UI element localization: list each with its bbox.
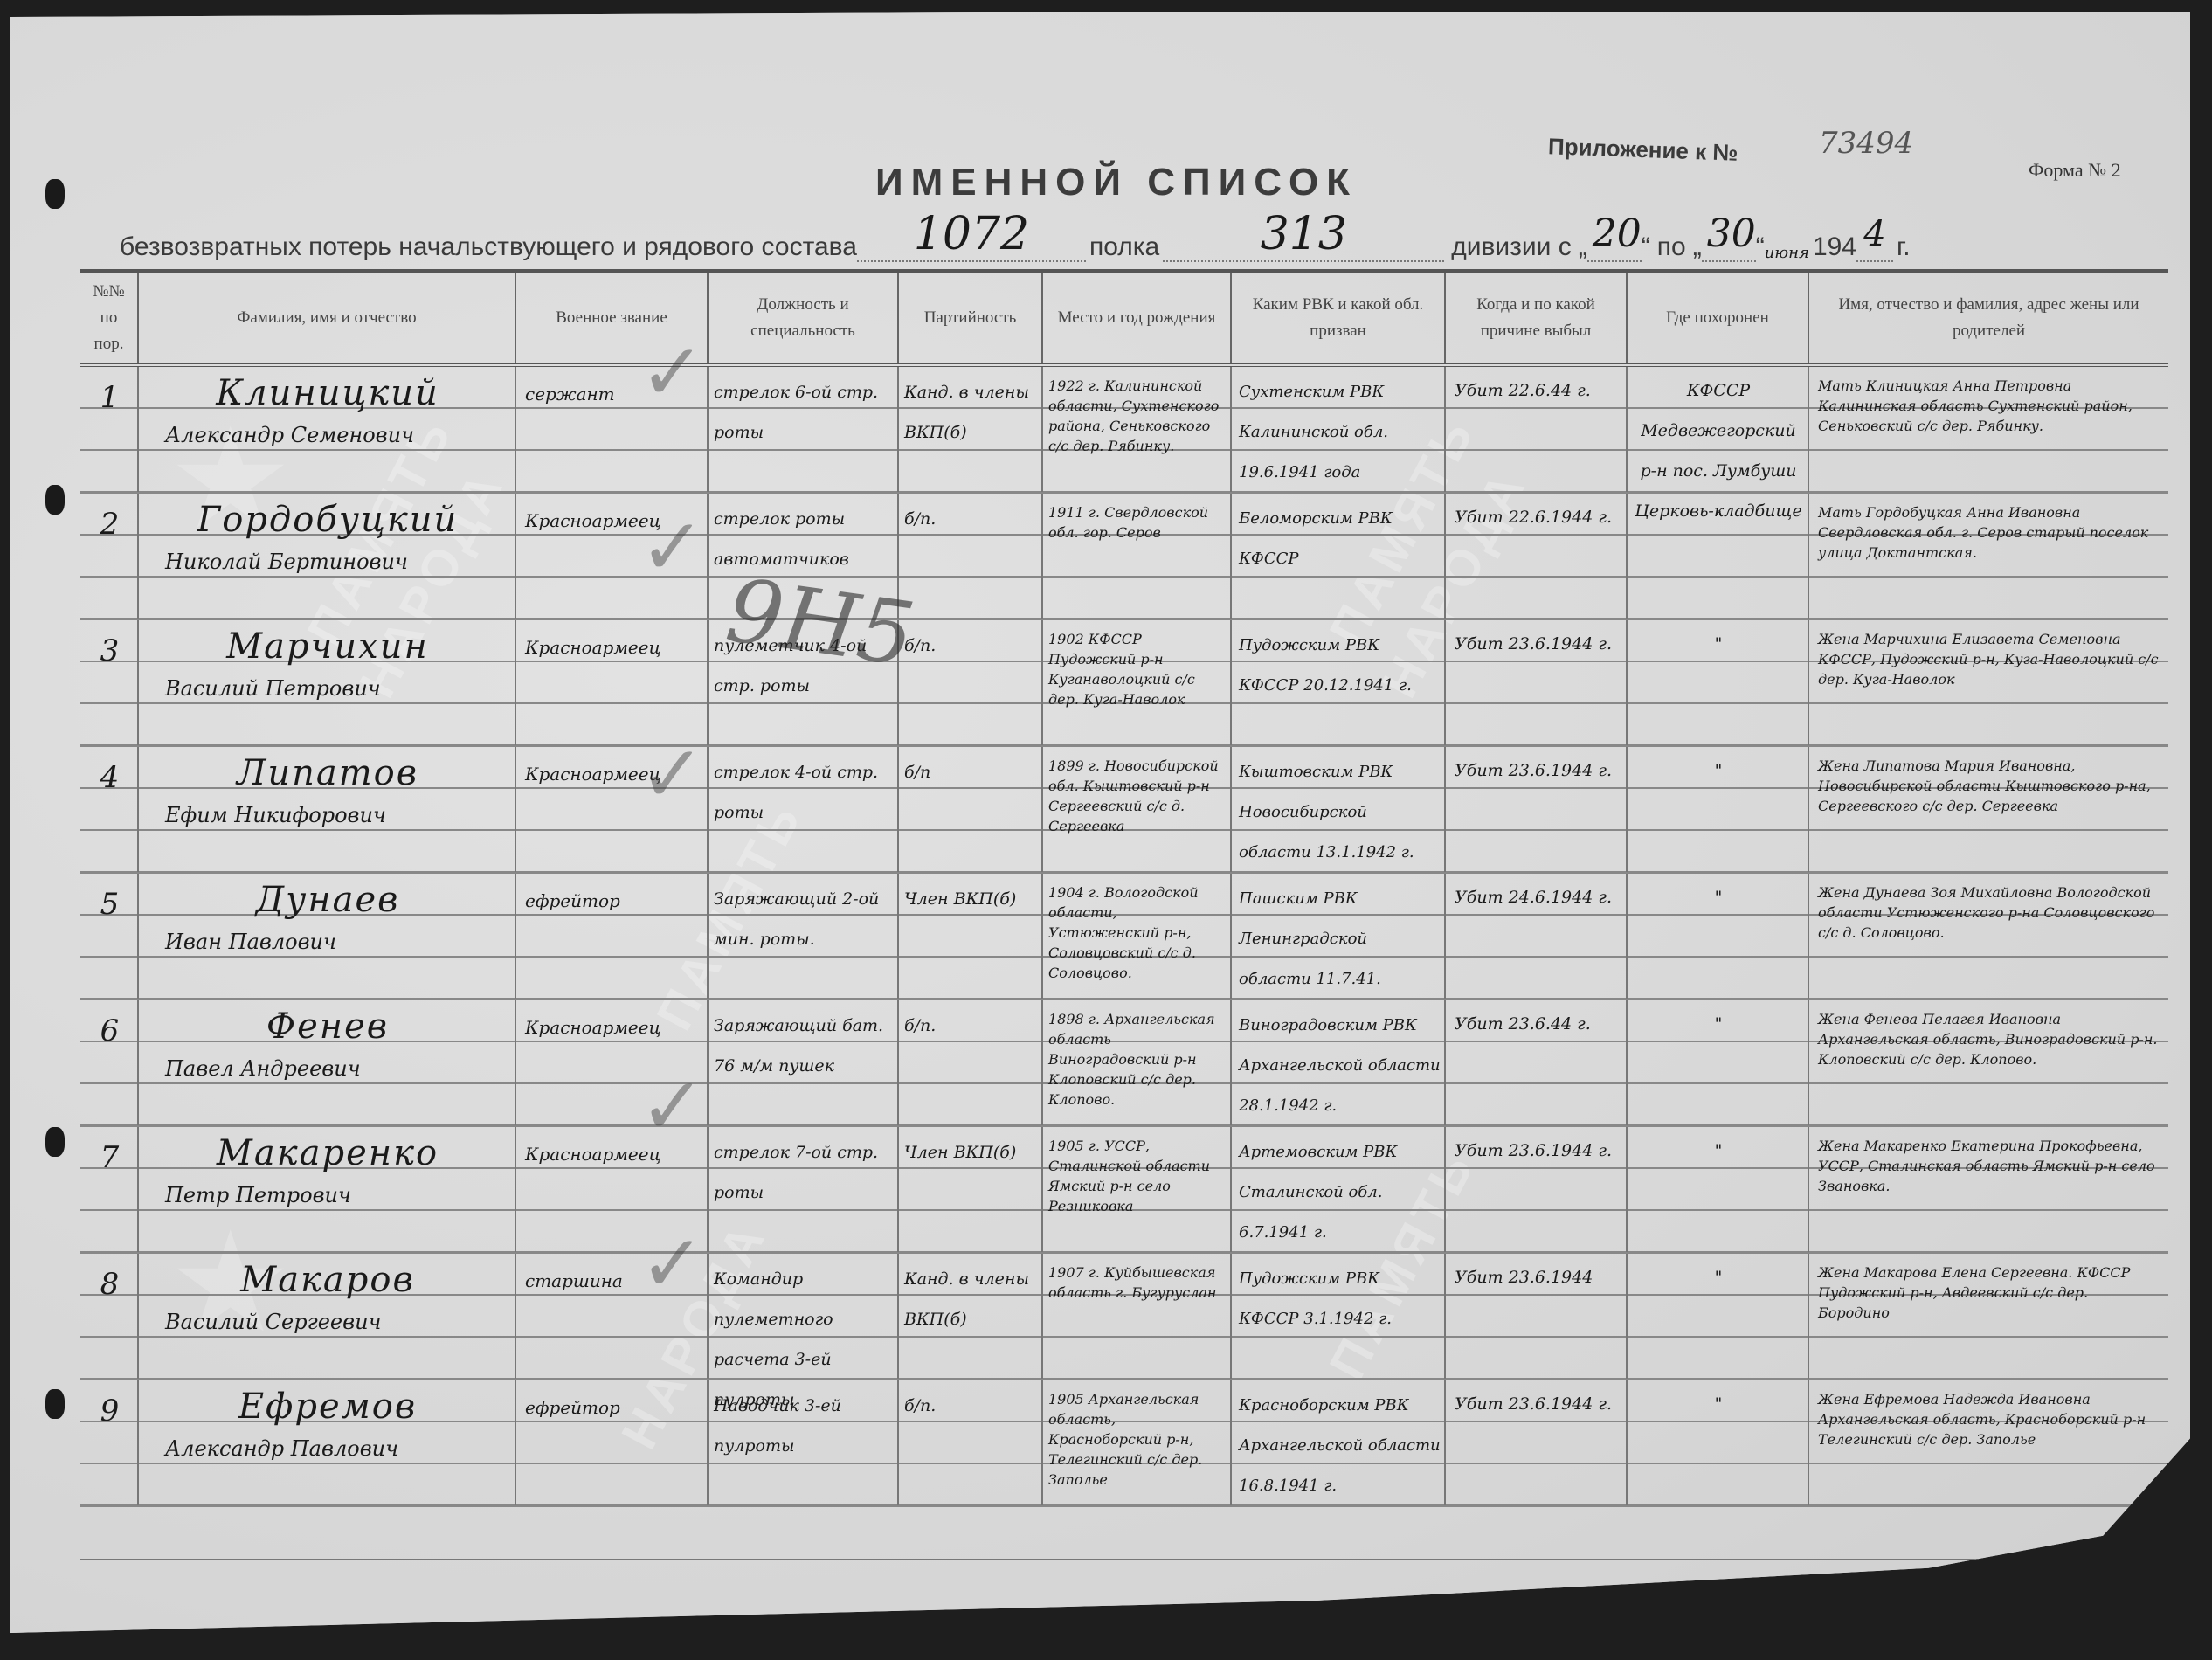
surname-text: Дунаев (139, 874, 515, 921)
cell-next-of-kin: Жена Липатова Мария Ивановна, Новосибирс… (1808, 746, 2168, 873)
burial-place-text: " (1628, 747, 1808, 791)
next-of-kin-text: Жена Марчихина Елизавета Семеновна КФССР… (1809, 620, 2168, 689)
given-names-text: Ефим Никифорович (139, 794, 515, 836)
burial-place-text: " (1628, 494, 1808, 537)
col-header-reason: Когда и по какой причине выбыл (1445, 273, 1627, 365)
conscription-office-text: Пудожским РВК КФССР 3.1.1942 г. (1232, 1254, 1444, 1339)
cell-burial-place: КФССР Медвежегорский р-н пос. Лумбуши Це… (1627, 365, 1808, 493)
col-header-birth: Место и год рождения (1042, 273, 1231, 365)
cell-conscription-office: Виноградовским РВК Архангельской области… (1231, 999, 1445, 1126)
cell-row-number: 6 (80, 999, 138, 1126)
cell-surname: ФеневПавел Андреевич (138, 999, 515, 1126)
next-of-kin-text: Жена Дунаева Зоя Михайловна Вологодской … (1809, 874, 2168, 943)
table-bottom-rule (80, 1559, 2168, 1560)
given-names-text: Александр Семенович (139, 414, 515, 456)
cell-row-number: 7 (80, 1126, 138, 1253)
party-membership-text: б/п. (899, 494, 1041, 539)
cell-row-number: 5 (80, 873, 138, 999)
cell-row-number: 3 (80, 619, 138, 746)
burial-place-text: " (1628, 1000, 1808, 1044)
cell-party-membership: б/п. (898, 619, 1042, 746)
cell-surname: МарчихинВасилий Петрович (138, 619, 515, 746)
next-of-kin-text: Жена Макарова Елена Сергеевна. КФССР Пуд… (1809, 1254, 2168, 1323)
year-digit: 4 (1856, 208, 1893, 262)
military-rank-text: ефрейтор (516, 874, 707, 912)
given-names-text: Иван Павлович (139, 921, 515, 963)
burial-place-text: " (1628, 1254, 1808, 1297)
cell-surname: ЕфремовАлександр Павлович (138, 1380, 515, 1506)
cell-conscription-office: Сухтенским РВК Калининской обл. 19.6.194… (1231, 365, 1445, 493)
cell-loss-reason: Убит 23.6.1944 г. (1445, 619, 1627, 746)
col-header-number: №№ по пор. (80, 273, 138, 365)
surname-text: Фенев (139, 1000, 515, 1048)
given-names-text: Павел Андреевич (139, 1048, 515, 1089)
col-header-position: Должность и специальность (708, 273, 898, 365)
col-header-burial: Где похоронен (1627, 273, 1808, 365)
party-membership-text: б/п. (899, 620, 1041, 666)
birth-place-year-text: 1898 г. Архангельская область Виноградов… (1043, 1000, 1230, 1110)
cell-military-rank: старшина (515, 1253, 708, 1380)
cell-burial-place: " (1627, 619, 1808, 746)
next-of-kin-text: Мать Клиницкая Анна Петровна Калининская… (1809, 367, 2168, 436)
military-rank-text: старшина (516, 1254, 707, 1292)
to-day: 30 (1702, 208, 1756, 262)
party-membership-text: Канд. в члены ВКП(б) (899, 1254, 1041, 1339)
cell-loss-reason: Убит 23.6.1944 г. (1445, 746, 1627, 873)
military-rank-text: Красноармеец (516, 620, 707, 659)
appendix-stamp: Приложение к № (1548, 133, 1738, 167)
position-text: стрелок 4-ой стр. роты (709, 747, 897, 833)
cell-party-membership: Член ВКП(б) (898, 873, 1042, 999)
table-row: 8МакаровВасилий СергеевичстаршинаКоманди… (80, 1253, 2168, 1380)
table-row: 7МакаренкоПетр ПетровичКрасноармеецстрел… (80, 1126, 2168, 1253)
cell-position: Командир пулеметного расчета 3-ей пулрот… (708, 1253, 898, 1380)
burial-place-text: " (1628, 1127, 1808, 1171)
table-row: 3МарчихинВасилий ПетровичКрасноармеецпул… (80, 619, 2168, 746)
row-number-text: 4 (80, 747, 137, 789)
row-number-text: 7 (80, 1127, 137, 1169)
year-suffix: г. (1897, 232, 1911, 262)
surname-text: Макаров (139, 1254, 515, 1301)
cell-loss-reason: Убит 24.6.1944 г. (1445, 873, 1627, 999)
given-names-text: Николай Бертинович (139, 541, 515, 583)
cell-next-of-kin: Жена Ефремова Надежда Ивановна Архангель… (1808, 1380, 2168, 1506)
surname-text: Марчихин (139, 620, 515, 667)
col-header-rvk: Каким РВК и какой обл. призван (1231, 273, 1445, 365)
cell-loss-reason: Убит 23.6.1944 (1445, 1253, 1627, 1380)
cell-conscription-office: Красноборским РВК Архангельской области … (1231, 1380, 1445, 1506)
loss-reason-text: Убит 23.6.44 г. (1446, 1000, 1626, 1035)
military-rank-text: Красноармеец (516, 747, 707, 785)
loss-reason-text: Убит 23.6.1944 г. (1446, 1127, 1626, 1162)
row-number-text: 9 (80, 1380, 137, 1422)
division-label: дивизии с (1451, 232, 1572, 262)
cell-next-of-kin: Жена Дунаева Зоя Михайловна Вологодской … (1808, 873, 2168, 999)
given-names-text: Василий Сергеевич (139, 1301, 515, 1343)
cell-surname: ЛипатовЕфим Никифорович (138, 746, 515, 873)
cell-surname: МакаренкоПетр Петрович (138, 1126, 515, 1253)
conscription-office-text: Сухтенским РВК Калининской обл. 19.6.194… (1232, 367, 1444, 493)
cell-conscription-office: Пашским РВК Ленинградской области 11.7.4… (1231, 873, 1445, 999)
position-text: стрелок 6-ой стр. роты (709, 367, 897, 453)
cell-burial-place: " (1627, 999, 1808, 1126)
party-membership-text: Член ВКП(б) (899, 874, 1041, 919)
cell-conscription-office: Пудожским РВК КФССР 3.1.1942 г. (1231, 1253, 1445, 1380)
punch-hole (45, 485, 65, 515)
cell-loss-reason: Убит 23.6.44 г. (1445, 999, 1627, 1126)
cell-row-number: 8 (80, 1253, 138, 1380)
surname-text: Липатов (139, 747, 515, 794)
party-membership-text: б/п. (899, 1000, 1041, 1046)
position-text: стрелок 7-ой стр. роты (709, 1127, 897, 1213)
loss-reason-text: Убит 22.6.44 г. (1446, 367, 1626, 402)
table-row: 1КлиницкийАлександр Семеновичсержантстре… (80, 365, 2168, 493)
cell-military-rank: Красноармеец (515, 493, 708, 619)
next-of-kin-text: Жена Липатова Мария Ивановна, Новосибирс… (1809, 747, 2168, 816)
cell-birth-place-year: 1907 г. Куйбышевская область г. Бугурусл… (1042, 1253, 1231, 1380)
birth-place-year-text: 1905 Архангельская область, Красноборски… (1043, 1380, 1230, 1490)
punch-hole (45, 179, 65, 209)
table-row: 4ЛипатовЕфим НикифоровичКрасноармеецстре… (80, 746, 2168, 873)
next-of-kin-text: Жена Макаренко Екатерина Прокофьевна, УС… (1809, 1127, 2168, 1196)
row-number-text: 2 (80, 494, 137, 536)
birth-place-year-text: 1904 г. Вологодской области, Устюженский… (1043, 874, 1230, 983)
casualty-table: №№ по пор. Фамилия, имя и отчество Военн… (80, 273, 2168, 1507)
col-header-rank: Военное звание (515, 273, 708, 365)
cell-loss-reason: Убит 22.6.1944 г. (1445, 493, 1627, 619)
cell-party-membership: Член ВКП(б) (898, 1126, 1042, 1253)
position-text: Заряжающий бат. 76 м/м пушек (709, 1000, 897, 1086)
surname-text: Ефремов (139, 1380, 515, 1428)
next-of-kin-text: Жена Фенева Пелагея Ивановна Архангельск… (1809, 1000, 2168, 1069)
cell-birth-place-year: 1899 г. Новосибирской обл. Кыштовский р-… (1042, 746, 1231, 873)
military-rank-text: ефрейтор (516, 1380, 707, 1419)
col-header-name: Фамилия, имя и отчество (138, 273, 515, 365)
cell-burial-place: " (1627, 873, 1808, 999)
cell-surname: ДунаевИван Павлович (138, 873, 515, 999)
regiment-label: полка (1089, 232, 1159, 262)
cell-next-of-kin: Жена Макарова Елена Сергеевна. КФССР Пуд… (1808, 1253, 2168, 1380)
birth-place-year-text: 1899 г. Новосибирской обл. Кыштовский р-… (1043, 747, 1230, 836)
conscription-office-text: Виноградовским РВК Архангельской области… (1232, 1000, 1444, 1126)
row-number-text: 6 (80, 1000, 137, 1042)
cell-birth-place-year: 1905 Архангельская область, Красноборски… (1042, 1380, 1231, 1506)
party-membership-text: Член ВКП(б) (899, 1127, 1041, 1172)
cell-surname: КлиницкийАлександр Семенович (138, 365, 515, 493)
row-number-text: 5 (80, 874, 137, 916)
surname-text: Клиницкий (139, 367, 515, 414)
cell-party-membership: б/п (898, 746, 1042, 873)
cell-loss-reason: Убит 22.6.44 г. (1445, 365, 1627, 493)
cell-military-rank: ефрейтор (515, 873, 708, 999)
cell-birth-place-year: 1911 г. Свердловской обл. гор. Серов (1042, 493, 1231, 619)
given-names-text: Александр Павлович (139, 1428, 515, 1470)
row-number-text: 3 (80, 620, 137, 662)
birth-place-year-text: 1905 г. УССР, Сталинской области Ямский … (1043, 1127, 1230, 1216)
table-row: 6ФеневПавел АндреевичКрасноармеецЗаряжаю… (80, 999, 2168, 1126)
position-text: Наводчик 3-ей пулроты (709, 1380, 897, 1466)
cell-birth-place-year: 1902 КФССР Пудожский р-н Куганаволоцкий … (1042, 619, 1231, 746)
cell-surname: ГордобуцкийНиколай Бертинович (138, 493, 515, 619)
cell-row-number: 9 (80, 1380, 138, 1506)
regiment-number: 1072 (857, 208, 1086, 262)
loss-reason-text: Убит 24.6.1944 г. (1446, 874, 1626, 909)
military-rank-text: сержант (516, 367, 707, 405)
subtitle-prefix: безвозвратных потерь начальствующего и р… (120, 232, 857, 262)
cell-next-of-kin: Мать Клиницкая Анна Петровна Калининская… (1808, 365, 2168, 493)
cell-row-number: 2 (80, 493, 138, 619)
loss-reason-text: Убит 23.6.1944 г. (1446, 620, 1626, 655)
cell-position: стрелок 4-ой стр. роты (708, 746, 898, 873)
given-names-text: Василий Петрович (139, 667, 515, 709)
loss-reason-text: Убит 22.6.1944 г. (1446, 494, 1626, 529)
conscription-office-text: Пашским РВК Ленинградской области 11.7.4… (1232, 874, 1444, 999)
cell-military-rank: Красноармеец (515, 746, 708, 873)
cell-military-rank: Красноармеец (515, 999, 708, 1126)
cell-birth-place-year: 1905 г. УССР, Сталинской области Ямский … (1042, 1126, 1231, 1253)
division-number: 313 (1163, 208, 1444, 262)
party-membership-text: Канд. в члены ВКП(б) (899, 367, 1041, 453)
cell-loss-reason: Убит 23.6.1944 г. (1445, 1126, 1627, 1253)
cell-position: Заряжающий бат. 76 м/м пушек (708, 999, 898, 1126)
cell-position: Заряжающий 2-ой мин. роты. (708, 873, 898, 999)
conscription-office-text: Красноборским РВК Архангельской области … (1232, 1380, 1444, 1506)
col-header-kin: Имя, отчество и фамилия, адрес жены или … (1808, 273, 2168, 365)
cell-next-of-kin: Жена Макаренко Екатерина Прокофьевна, УС… (1808, 1126, 2168, 1253)
cell-birth-place-year: 1904 г. Вологодской области, Устюженский… (1042, 873, 1231, 999)
burial-place-text: " (1628, 620, 1808, 664)
cell-military-rank: сержант (515, 365, 708, 493)
cell-loss-reason: Убит 23.6.1944 г. (1445, 1380, 1627, 1506)
military-rank-text: Красноармеец (516, 1127, 707, 1165)
cell-party-membership: б/п. (898, 1380, 1042, 1506)
surname-text: Макаренко (139, 1127, 515, 1174)
form-number: Форма № 2 (2029, 159, 2121, 182)
next-of-kin-text: Жена Ефремова Надежда Ивановна Архангель… (1809, 1380, 2168, 1449)
cell-burial-place: " (1627, 1126, 1808, 1253)
next-of-kin-text: Мать Гордобуцкая Анна Ивановна Свердловс… (1809, 494, 2168, 563)
to-label: по (1657, 232, 1686, 262)
cell-burial-place: " (1627, 1380, 1808, 1506)
conscription-office-text: Беломорским РВК КФССР (1232, 494, 1444, 579)
cell-military-rank: Красноармеец (515, 619, 708, 746)
table-header-row: №№ по пор. Фамилия, имя и отчество Военн… (80, 273, 2168, 365)
cell-conscription-office: Кыштовским РВК Новосибирской области 13.… (1231, 746, 1445, 873)
party-membership-text: б/п. (899, 1380, 1041, 1426)
col-header-party: Партийность (898, 273, 1042, 365)
cell-party-membership: Канд. в члены ВКП(б) (898, 365, 1042, 493)
page-title: ИМЕННОЙ СПИСОК (875, 161, 1358, 204)
cell-next-of-kin: Жена Марчихина Елизавета Семеновна КФССР… (1808, 619, 2168, 746)
cell-position: стрелок 7-ой стр. роты (708, 1126, 898, 1253)
cell-party-membership: Канд. в члены ВКП(б) (898, 1253, 1042, 1380)
table-row: 9ЕфремовАлександр ПавловичефрейторНаводч… (80, 1380, 2168, 1506)
year-prefix: 194 (1813, 232, 1856, 262)
burial-place-text: " (1628, 874, 1808, 917)
birth-place-year-text: 1907 г. Куйбышевская область г. Бугурусл… (1043, 1254, 1230, 1303)
cell-birth-place-year: 1898 г. Архангельская область Виноградов… (1042, 999, 1231, 1126)
cell-burial-place: " (1627, 746, 1808, 873)
punch-hole (45, 1389, 65, 1419)
table-row: 5ДунаевИван ПавловичефрейторЗаряжающий 2… (80, 873, 2168, 999)
month-note: июня (1765, 244, 1809, 262)
cell-position: стрелок 6-ой стр. роты (708, 365, 898, 493)
cell-conscription-office: Беломорским РВК КФССР (1231, 493, 1445, 619)
birth-place-year-text: 1911 г. Свердловской обл. гор. Серов (1043, 494, 1230, 543)
row-number-text: 8 (80, 1254, 137, 1296)
from-day: 20 (1587, 208, 1642, 262)
military-rank-text: Красноармеец (516, 494, 707, 532)
conscription-office-text: Кыштовским РВК Новосибирской области 13.… (1232, 747, 1444, 873)
cell-position: Наводчик 3-ей пулроты (708, 1380, 898, 1506)
loss-reason-text: Убит 23.6.1944 (1446, 1254, 1626, 1289)
row-number-text: 1 (80, 367, 137, 409)
appendix-number: 73494 (1819, 126, 1913, 161)
birth-place-year-text: 1902 КФССР Пудожский р-н Куганаволоцкий … (1043, 620, 1230, 709)
cell-party-membership: б/п. (898, 999, 1042, 1126)
cell-row-number: 1 (80, 365, 138, 493)
cell-military-rank: ефрейтор (515, 1380, 708, 1506)
document-page: ★ ★ ПАМЯТЬ НАРОДА ПАМЯТЬ ПАМЯТЬ НАРОДА П… (10, 12, 2190, 1633)
surname-text: Гордобуцкий (139, 494, 515, 541)
cell-conscription-office: Пудожским РВК КФССР 20.12.1941 г. (1231, 619, 1445, 746)
cell-birth-place-year: 1922 г. Калининской области, Сухтенского… (1042, 365, 1231, 493)
conscription-office-text: Пудожским РВК КФССР 20.12.1941 г. (1232, 620, 1444, 706)
conscription-office-text: Артемовским РВК Сталинской обл. 6.7.1941… (1232, 1127, 1444, 1253)
cell-next-of-kin: Мать Гордобуцкая Анна Ивановна Свердловс… (1808, 493, 2168, 619)
cell-burial-place: " (1627, 1253, 1808, 1380)
cell-party-membership: б/п. (898, 493, 1042, 619)
punch-hole (45, 1127, 65, 1157)
party-membership-text: б/п (899, 747, 1041, 792)
birth-place-year-text: 1922 г. Калининской области, Сухтенского… (1043, 367, 1230, 456)
cell-military-rank: Красноармеец (515, 1126, 708, 1253)
position-text: Заряжающий 2-ой мин. роты. (709, 874, 897, 959)
table-row: 2ГордобуцкийНиколай БертиновичКрасноарме… (80, 493, 2168, 619)
military-rank-text: Красноармеец (516, 1000, 707, 1039)
loss-reason-text: Убит 23.6.1944 г. (1446, 747, 1626, 782)
cell-row-number: 4 (80, 746, 138, 873)
cell-burial-place: " (1627, 493, 1808, 619)
given-names-text: Петр Петрович (139, 1174, 515, 1216)
loss-reason-text: Убит 23.6.1944 г. (1446, 1380, 1626, 1415)
subtitle-line: безвозвратных потерь начальствующего и р… (120, 210, 2120, 262)
burial-place-text: " (1628, 1380, 1808, 1424)
cell-surname: МакаровВасилий Сергеевич (138, 1253, 515, 1380)
cell-next-of-kin: Жена Фенева Пелагея Ивановна Архангельск… (1808, 999, 2168, 1126)
cell-conscription-office: Артемовским РВК Сталинской обл. 6.7.1941… (1231, 1126, 1445, 1253)
